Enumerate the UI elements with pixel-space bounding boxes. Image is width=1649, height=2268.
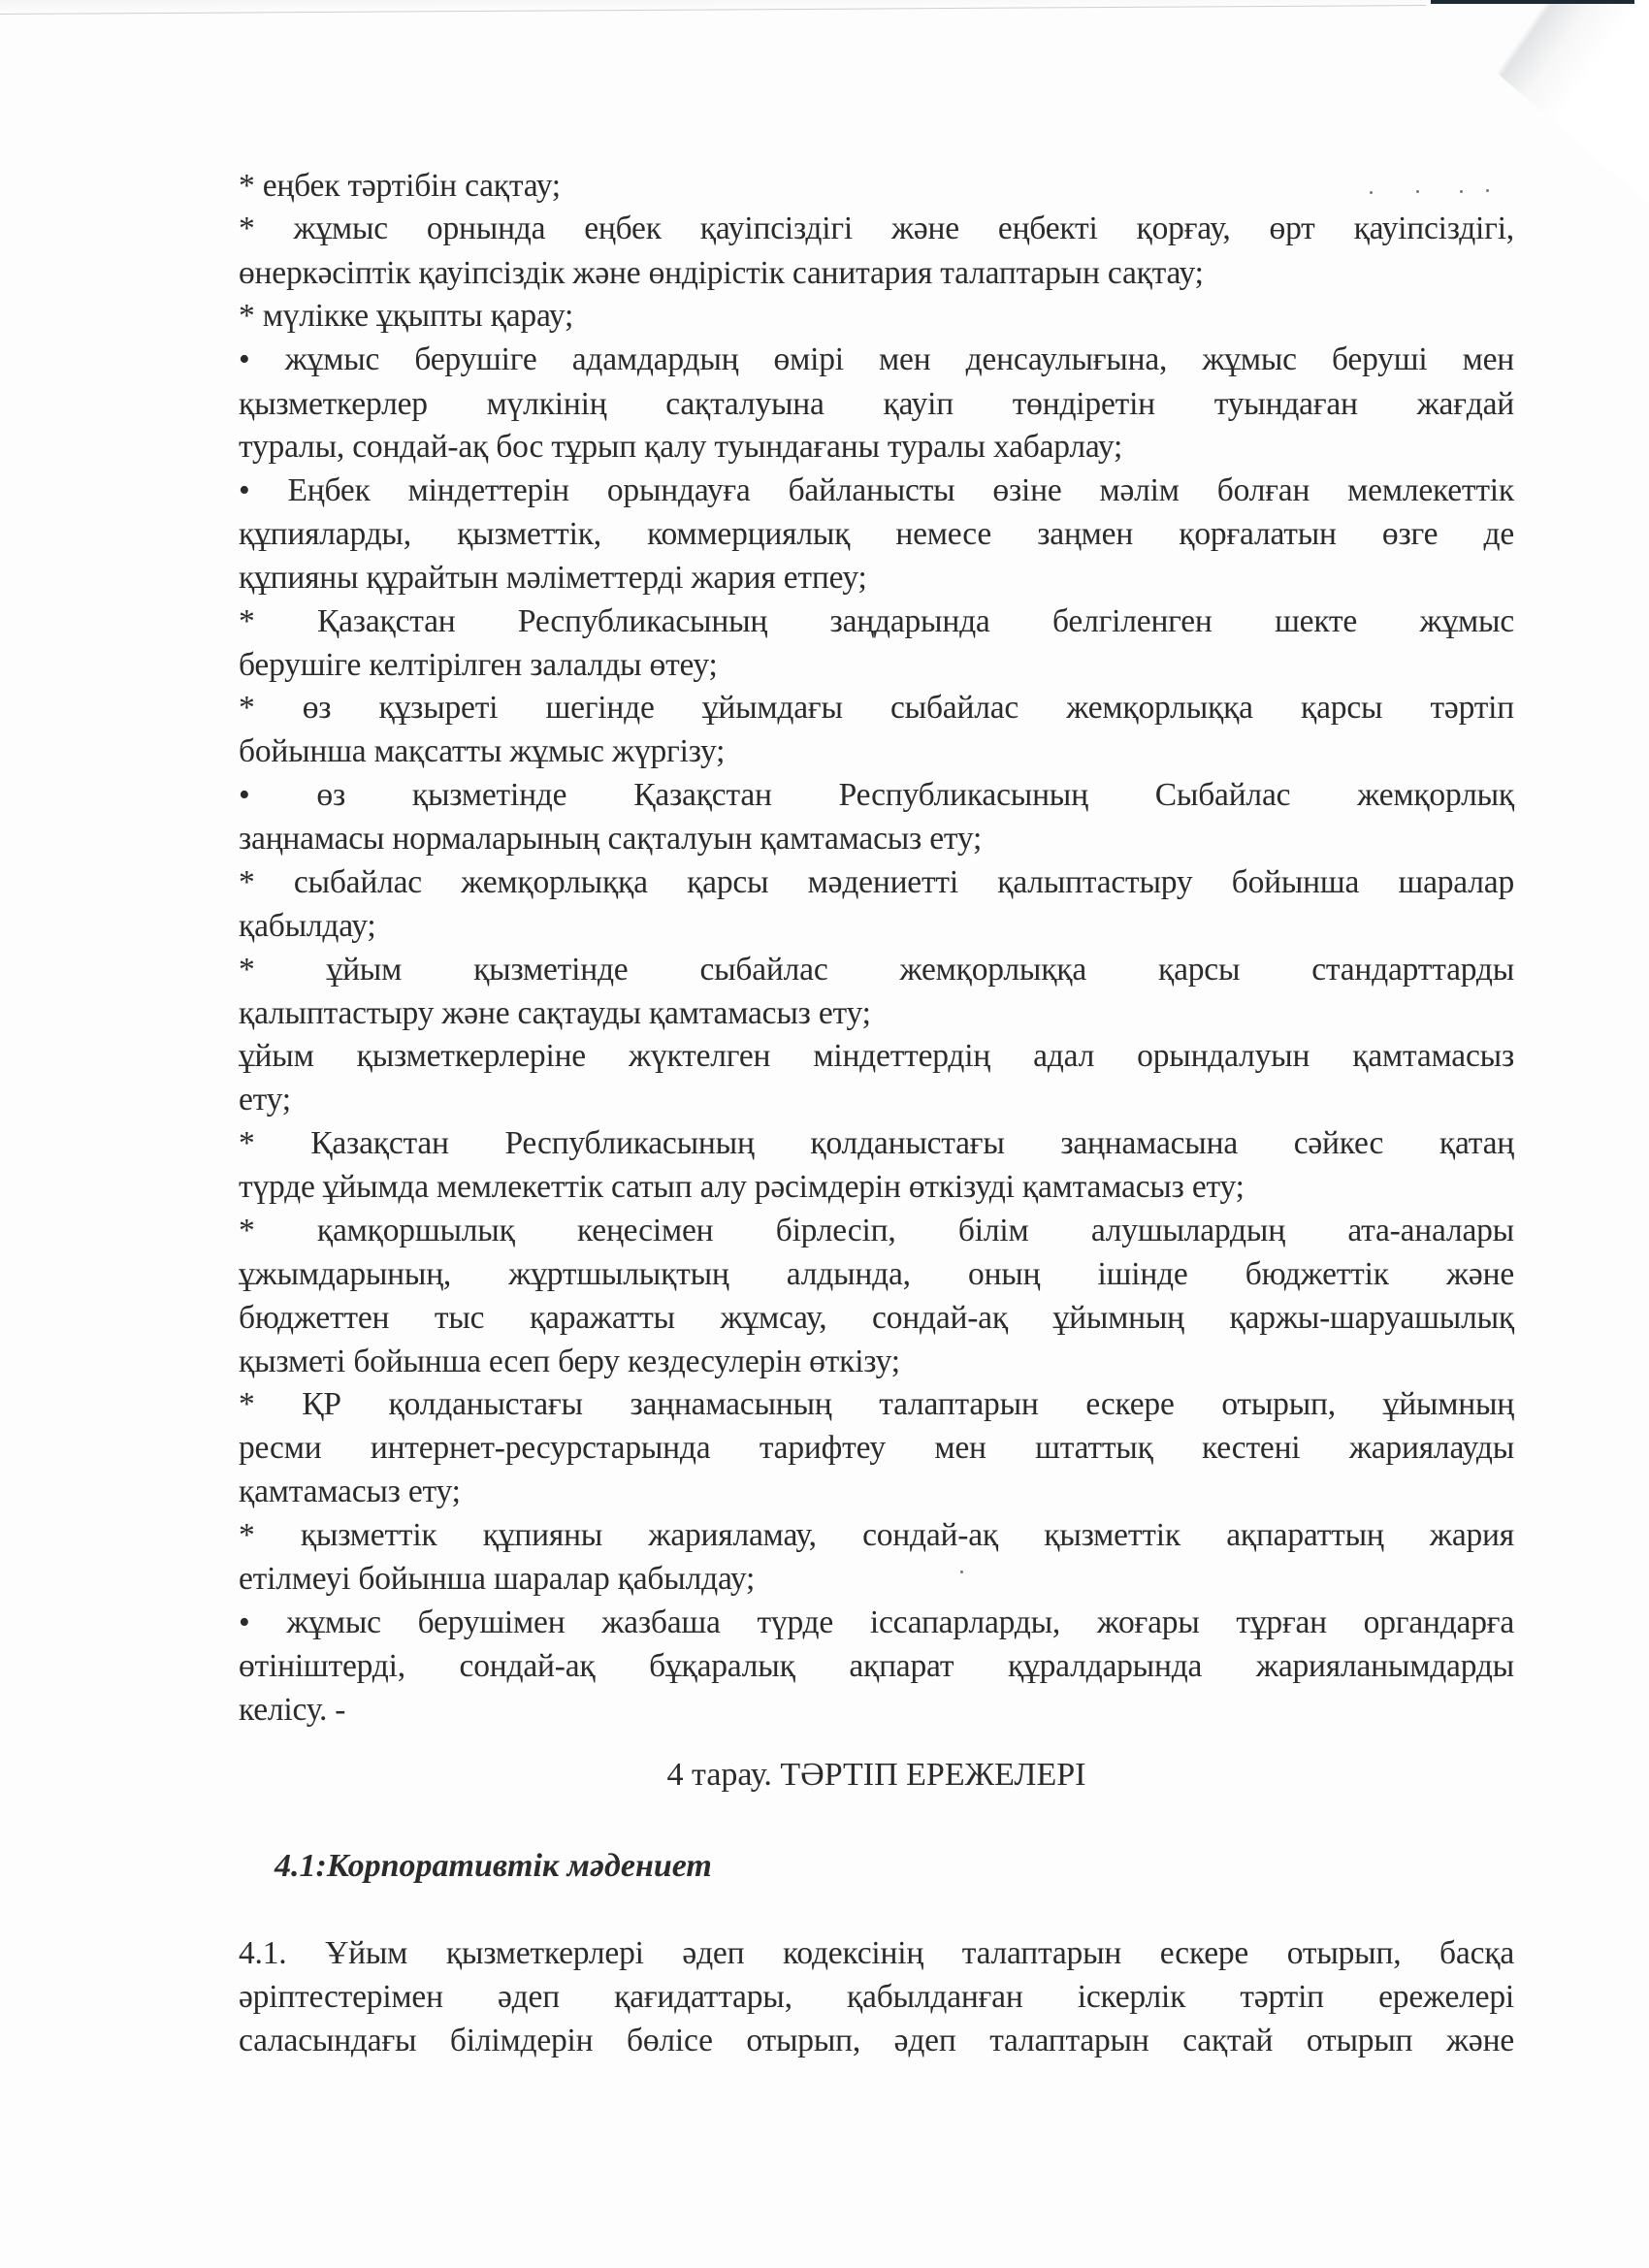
list-line: түрде ұйымда мемлекеттік сатып алу рәсім…: [239, 1168, 1514, 1207]
list-line: • өз қызметінде Қазақстан Республикасыны…: [239, 776, 1514, 815]
list-line: ұжымдарының, жұртшылықтың алдында, оның …: [239, 1255, 1514, 1294]
section-heading: 4.1:Корпоративтік мәдениет: [275, 1847, 712, 1886]
list-line: * Қазақстан Республикасының заңдарында б…: [239, 602, 1514, 641]
list-line: * қамқоршылық кеңесімен бірлесіп, білім …: [239, 1212, 1514, 1250]
list-line: • жұмыс берушіге адамдардың өмірі мен де…: [239, 340, 1514, 379]
list-line: қалыптастыру және сақтауды қамтамасыз ет…: [239, 994, 1514, 1033]
list-line: берушіге келтірілген залалды өтеу;: [239, 646, 1514, 685]
list-line: * мүлікке ұқыпты қарау;: [239, 297, 1514, 336]
list-line: ету;: [239, 1081, 1514, 1119]
list-line: қамтамасыз ету;: [239, 1473, 1514, 1511]
scan-speck: [1460, 190, 1463, 193]
list-line: * жұмыс орнында еңбек қауіпсіздігі және …: [239, 210, 1514, 248]
scan-speck: [1486, 189, 1489, 192]
list-line: * ҚР қолданыстағы заңнамасының талаптары…: [239, 1385, 1514, 1424]
list-line: қызметкерлер мүлкінің сақталуына қауіп т…: [239, 385, 1514, 424]
list-line: келісу. -: [239, 1691, 1514, 1730]
list-line: құпияларды, қызметтік, коммерциялық неме…: [239, 515, 1514, 554]
list-line: ұйым қызметкерлеріне жүктелген міндеттер…: [239, 1037, 1514, 1076]
paragraph-line: 4.1. Ұйым қызметкерлері әдеп кодексінің …: [239, 1934, 1514, 1973]
list-line: * Қазақстан Республикасының қолданыстағы…: [239, 1124, 1514, 1163]
scan-speck: [960, 1571, 963, 1573]
scanned-page: * еңбек тәртібін сақтау; * жұмыс орнында…: [0, 0, 1649, 2268]
list-line: туралы, сондай-ақ бос тұрып қалу туындағ…: [239, 428, 1514, 467]
list-line: бюджеттен тыс қаражатты жұмсау, сондай-а…: [239, 1299, 1514, 1338]
list-line: өтініштерді, сондай-ақ бұқаралық ақпарат…: [239, 1647, 1514, 1686]
list-line: * қызметтік құпияны жарияламау, сондай-а…: [239, 1516, 1514, 1555]
scan-top-edge: [0, 0, 1426, 15]
list-line: құпияны құрайтын мәліметтерді жария етпе…: [239, 559, 1514, 598]
list-line: • Еңбек міндеттерін орындауға байланысты…: [239, 471, 1514, 510]
list-line: қабылдау;: [239, 907, 1514, 946]
list-line: * сыбайлас жемқорлыққа қарсы мәдениетті …: [239, 863, 1514, 902]
paragraph-line: саласындағы білімдерін бөлісе отырып, әд…: [239, 2022, 1514, 2060]
list-line: заңнамасы нормаларының сақталуын қамтама…: [239, 820, 1514, 859]
list-line: қызметі бойынша есеп беру кездесулерін ө…: [239, 1343, 1514, 1381]
list-line: * ұйым қызметінде сыбайлас жемқорлыққа қ…: [239, 951, 1514, 989]
list-line: • жұмыс берушімен жазбаша түрде іссапарл…: [239, 1604, 1514, 1642]
scan-speck: [1416, 190, 1419, 193]
chapter-heading: 4 тарау. ТӘРТІП ЕРЕЖЕЛЕРІ: [239, 1756, 1514, 1795]
list-line: бойынша мақсатты жұмыс жүргізу;: [239, 732, 1514, 771]
scan-border-shadow: [1431, 0, 1634, 4]
list-line: өнеркәсіптік қауіпсіздік және өндірістік…: [239, 254, 1514, 293]
list-line: * өз құзыреті шегінде ұйымдағы сыбайлас …: [239, 689, 1514, 728]
paragraph-line: әріптестерімен әдеп қағидаттары, қабылда…: [239, 1978, 1514, 2017]
scan-speck: [1370, 191, 1373, 194]
list-line: етілмеуі бойынша шаралар қабылдау;: [239, 1560, 1514, 1599]
list-line: ресми интернет-ресурстарында тарифтеу ме…: [239, 1429, 1514, 1468]
list-line: * еңбек тәртібін сақтау;: [239, 167, 1514, 206]
